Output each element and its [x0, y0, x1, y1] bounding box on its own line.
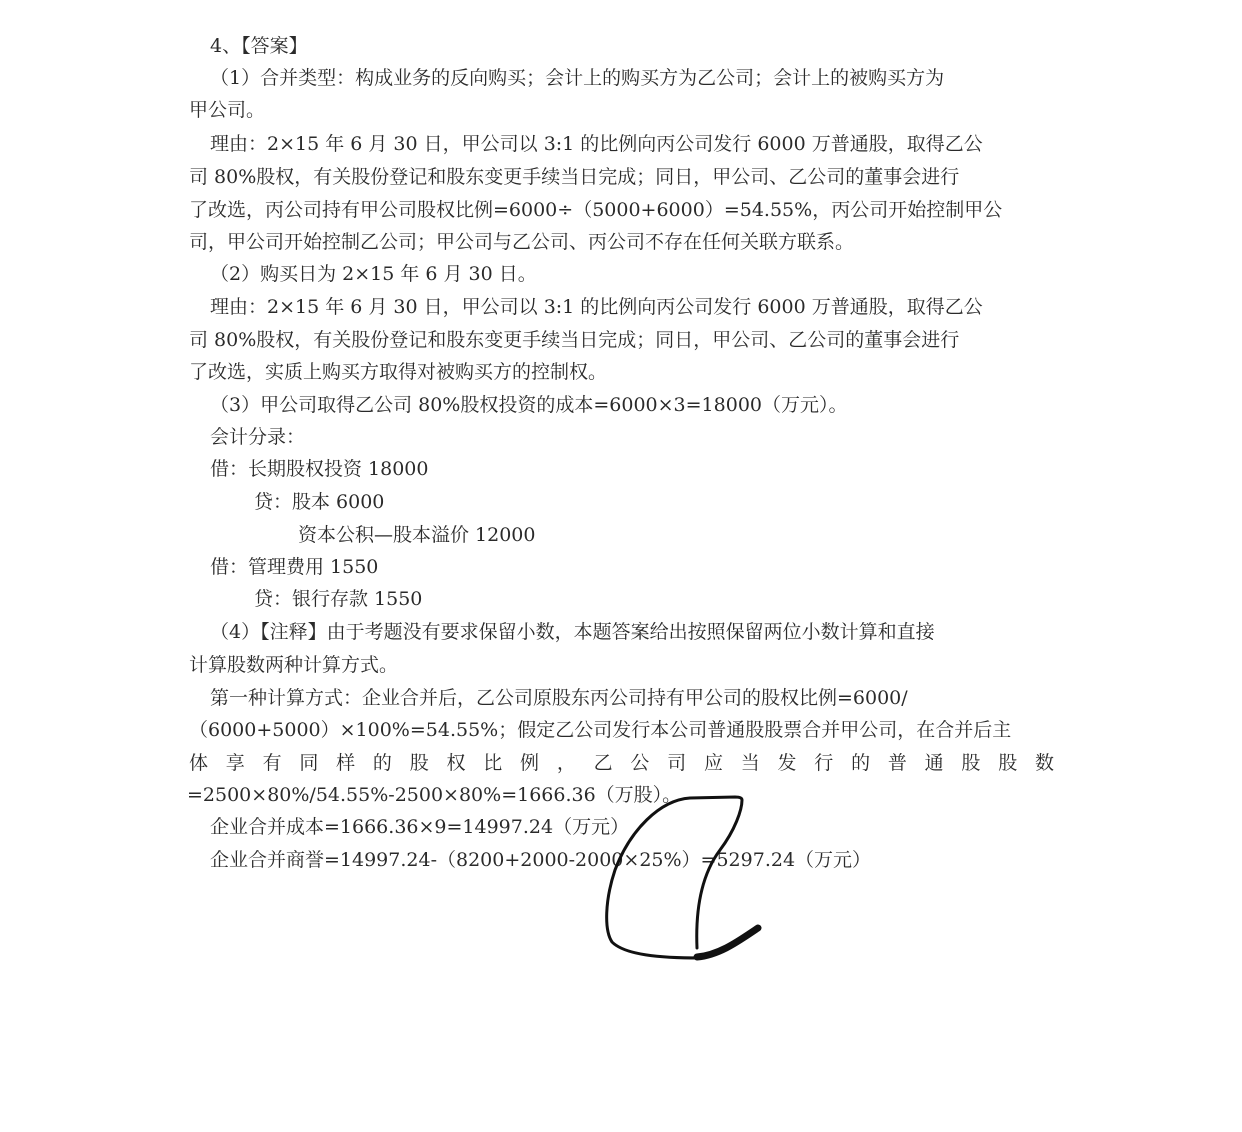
method1-justified-line: 体 享 有 同 样 的 股 权 比 例 ， 乙 公 司 应 当 发 行 的 普 …: [189, 751, 1054, 775]
part2-reason-line: 了改选，实质上购买方取得对被购买方的控制权。: [189, 360, 607, 384]
part1-line1: （1）合并类型：构成业务的反向购买；会计上的购买方为乙公司；会计上的被购买方为: [210, 66, 944, 90]
char: 有: [263, 751, 282, 775]
part2-reason-line: 司 80%股权，有关股份登记和股东变更手续当日完成；同日，甲公司、乙公司的董事会…: [189, 328, 959, 352]
part4-line1: （4）【注释】由于考题没有要求保留小数，本题答案给出按照保留两位小数计算和直接: [210, 620, 935, 644]
part1-reason-line: 理由：2×15 年 6 月 30 日，甲公司以 3:1 的比例向丙公司发行 60…: [210, 132, 983, 156]
char: 司: [667, 751, 686, 775]
part1-reason-line: 了改选，丙公司持有甲公司股权比例=6000÷（5000+6000）=54.55%…: [189, 198, 1002, 222]
char: 股: [961, 751, 980, 775]
char: 的: [373, 751, 392, 775]
char: 应: [704, 751, 723, 775]
journal-entry-credit: 贷：银行存款 1550: [254, 587, 422, 611]
char: 体: [189, 751, 208, 775]
char: 通: [925, 751, 944, 775]
part1-reason-line: 司，甲公司开始控制乙公司；甲公司与乙公司、丙公司不存在任何关联方联系。: [189, 230, 854, 254]
char: 例: [520, 751, 539, 775]
part3-line1: （3）甲公司取得乙公司 80%股权投资的成本=6000×3=18000（万元）。: [210, 393, 848, 417]
merger-cost-line: 企业合并成本=1666.36×9=14997.24（万元）: [210, 815, 629, 839]
char: 数: [1035, 751, 1054, 775]
char: 乙: [594, 751, 613, 775]
part4-line2: 计算股数两种计算方式。: [189, 653, 398, 677]
answer-heading: 4、【答案】: [210, 34, 308, 58]
document-page: 4、【答案】 （1）合并类型：构成业务的反向购买；会计上的购买方为乙公司；会计上…: [0, 0, 1242, 1132]
char: 权: [446, 751, 465, 775]
char: 的: [851, 751, 870, 775]
char: 享: [226, 751, 245, 775]
journal-entry-debit: 借：长期股权投资 18000: [210, 457, 428, 481]
goodwill-line: 企业合并商誉=14997.24-（8200+2000-2000×25%）=529…: [210, 848, 871, 872]
part2-line1: （2）购买日为 2×15 年 6 月 30 日。: [210, 262, 537, 286]
journal-title: 会计分录：: [210, 425, 305, 449]
method1-line: （6000+5000）×100%=54.55%；假定乙公司发行本公司普通股股票合…: [189, 718, 1011, 742]
char: 当: [741, 751, 760, 775]
journal-entry-credit: 资本公积—股本溢价 12000: [298, 523, 535, 547]
journal-entry-credit: 贷：股本 6000: [254, 490, 384, 514]
char: 行: [814, 751, 833, 775]
char: 股: [998, 751, 1017, 775]
journal-entry-debit: 借：管理费用 1550: [210, 555, 378, 579]
part1-line2: 甲公司。: [189, 98, 265, 122]
char: 公: [630, 751, 649, 775]
part2-reason-line: 理由：2×15 年 6 月 30 日，甲公司以 3:1 的比例向丙公司发行 60…: [210, 295, 983, 319]
method1-result-line: =2500×80%/54.55%-2500×80%=1666.36（万股）。: [187, 783, 681, 807]
part1-reason-line: 司 80%股权，有关股份登记和股东变更手续当日完成；同日，甲公司、乙公司的董事会…: [189, 165, 959, 189]
char: 同: [299, 751, 318, 775]
char: 股: [410, 751, 429, 775]
char: 发: [778, 751, 797, 775]
char: 比: [483, 751, 502, 775]
char: 样: [336, 751, 355, 775]
method1-line: 第一种计算方式：企业合并后，乙公司原股东丙公司持有甲公司的股权比例=6000/: [210, 686, 908, 710]
char: ，: [557, 751, 576, 775]
char: 普: [888, 751, 907, 775]
